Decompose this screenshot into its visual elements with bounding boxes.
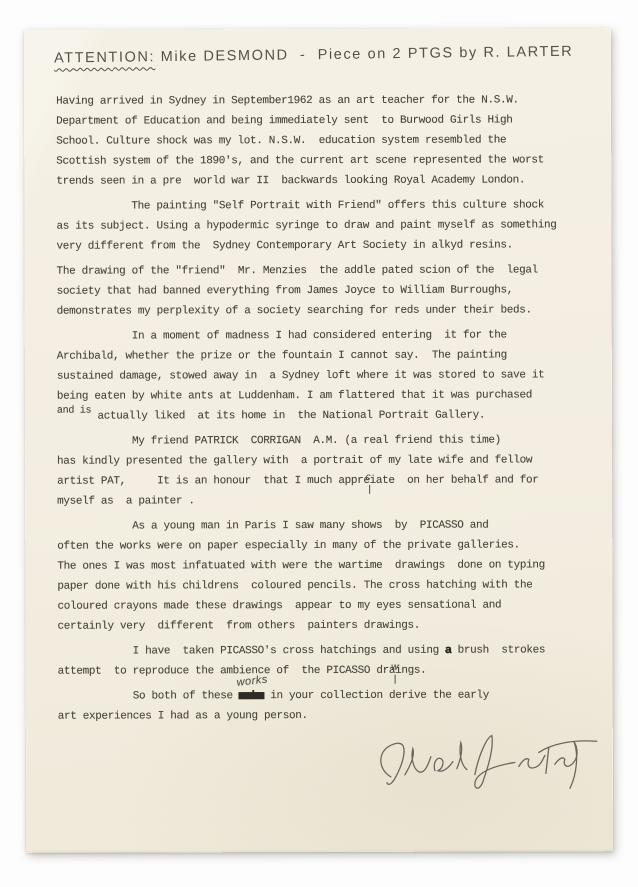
paragraph-2: The painting "Self Portrait with Friend"… — [56, 195, 591, 256]
text-line: The drawing of the "friend" Mr. Menzies … — [57, 260, 592, 281]
text-line: School. Culture shock was my lot. N.S.W.… — [56, 130, 591, 151]
attention-rest: Mike DESMOND - Piece on 2 PTGS by R. LAR… — [155, 44, 573, 65]
text-segment: So both of these — [58, 690, 239, 702]
inserted-letter-w: w — [391, 658, 398, 678]
text-line: Scottish system of the 1890's, and the c… — [56, 150, 591, 171]
text-line: demonstrates my perplexity of a society … — [57, 300, 592, 321]
letter-page: ATTENTION: Mike DESMOND - Piece on 2 PTG… — [24, 28, 613, 853]
text-segment: ings. — [395, 665, 426, 677]
text-line: coloured crayons made these drawings app… — [57, 595, 592, 616]
paragraph-3: The drawing of the "friend" Mr. Menzies … — [57, 260, 592, 321]
paragraph-1: Having arrived in Sydney in September196… — [56, 90, 591, 191]
text-line: Department of Education and being immedi… — [56, 110, 591, 131]
text-line: myself as a painter . — [57, 490, 592, 511]
text-line: paper done with his childrens coloured p… — [57, 575, 592, 596]
typewritten-letter-body: Having arrived in Sydney in September196… — [56, 90, 593, 731]
signature-scribble — [371, 728, 611, 809]
text-line-with-caret-insert: attempt to reproduce the ambience of the… — [58, 660, 593, 681]
text-segment: brush strokes — [451, 644, 545, 656]
text-line-with-raised-insert: and is actually liked at its home in the… — [57, 405, 592, 426]
text-line: Having arrived in Sydney in September196… — [56, 90, 591, 111]
text-line: society that had banned everything from … — [57, 280, 592, 301]
scan-background: ATTENTION: Mike DESMOND - Piece on 2 PTG… — [0, 0, 638, 887]
text-segment: attempt to reproduce the ambience of the… — [58, 665, 396, 678]
paragraph-4: In a moment of madness I had considered … — [57, 325, 592, 426]
text-line: often the works were on paper especially… — [57, 535, 592, 556]
text-line-with-correction: So both of these wakeworks in your colle… — [58, 685, 593, 706]
text-line: As a young man in Paris I saw many shows… — [57, 515, 592, 536]
raised-typed-insert: and is — [57, 406, 91, 417]
text-segment: artist PAT, It is an honour that I much … — [57, 475, 370, 488]
attention-word: ATTENTION: — [54, 49, 155, 66]
paragraph-5: My friend PATRICK CORRIGAN A.M. (a real … — [57, 430, 592, 511]
inserted-letter-c: c — [366, 468, 371, 488]
text-line: sustained damage, stowed away in a Sydne… — [57, 365, 592, 386]
handwritten-correction-works: works — [236, 670, 269, 693]
text-line: as its subject. Using a hypodermic syrin… — [56, 215, 591, 236]
text-line: In a moment of madness I had considered … — [57, 325, 592, 346]
text-segment: actually liked at its home in the Nation… — [91, 410, 485, 423]
text-line-with-blot: I have taken PICASSO's cross hatchings a… — [58, 640, 593, 661]
paragraph-6: As a young man in Paris I saw many shows… — [57, 515, 592, 636]
text-line: The ones I was most infatuated with were… — [57, 555, 592, 576]
text-segment: iate on her behalf and for — [370, 474, 539, 486]
paragraph-7: I have taken PICASSO's cross hatchings a… — [58, 640, 593, 681]
text-line: being eaten by white ants at Luddenham. … — [57, 385, 592, 406]
corrected-word: wakeworks — [239, 686, 264, 706]
text-line: The painting "Self Portrait with Friend"… — [56, 195, 591, 216]
text-line: art experiences I had as a young person. — [58, 705, 593, 726]
text-line: very different from the Sydney Contempor… — [56, 235, 591, 256]
text-line: certainly very different from others pai… — [57, 615, 592, 636]
text-line: has kindly presented the gallery with a … — [57, 450, 592, 471]
paragraph-8: So both of these wakeworks in your colle… — [58, 685, 593, 726]
text-line: My friend PATRICK CORRIGAN A.M. (a real … — [57, 430, 592, 451]
text-line: Archibald, whether the prize or the foun… — [57, 345, 592, 366]
handwritten-attention-note: ATTENTION: Mike DESMOND - Piece on 2 PTG… — [54, 43, 594, 66]
signature — [371, 728, 611, 809]
text-line: trends seen in a pre world war II backwa… — [56, 170, 591, 191]
text-segment: in your collection derive the early — [264, 690, 489, 703]
text-segment: I have taken PICASSO's cross hatchings a… — [58, 645, 446, 658]
text-line-with-caret-insert: artist PAT, It is an honour that I much … — [57, 470, 592, 491]
